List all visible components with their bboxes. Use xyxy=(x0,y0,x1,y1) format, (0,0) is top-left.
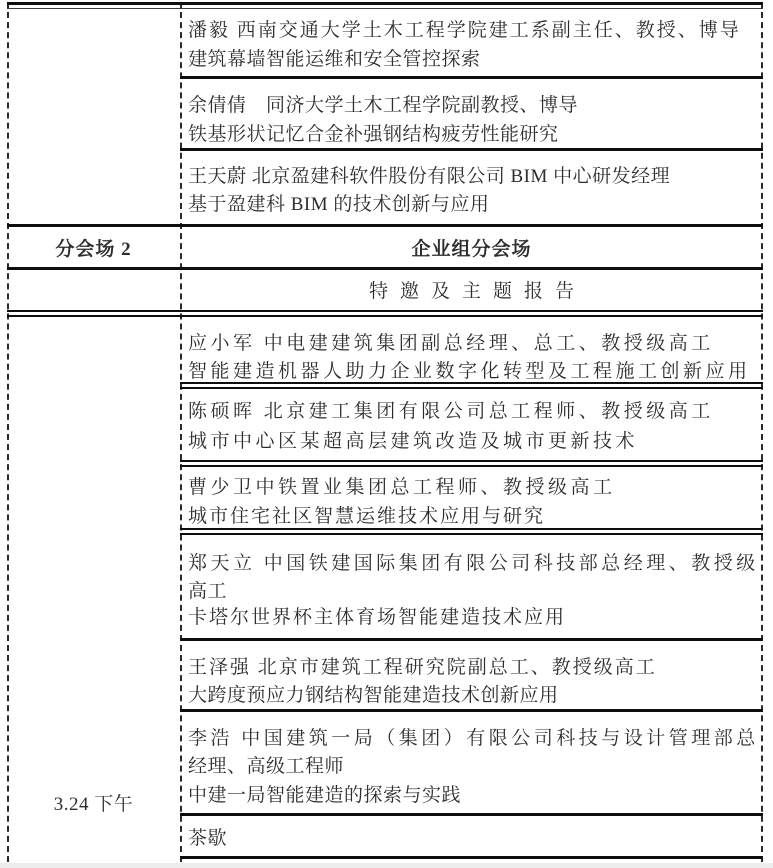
h-divider-double xyxy=(180,382,763,389)
speaker-line-wrap: 经理、高级工程师 xyxy=(188,751,760,778)
topic-line: 基于盈建科 BIM 的技术创新与应用 xyxy=(188,189,760,216)
topic-line: 建筑幕墙智能运维和安全管控探索 xyxy=(188,44,760,71)
topic-line: 大跨度预应力钢结构智能建造技术创新应用 xyxy=(188,680,760,707)
speaker-line: 陈硕晖 北京建工集团有限公司总工程师、教授级高工 xyxy=(188,396,760,423)
topic-line: 智能建造机器人助力企业数字化转型及工程施工创新应用 xyxy=(188,356,760,383)
speaker-line: 郑天立 中国铁建国际集团有限公司科技部总经理、教授级 xyxy=(188,548,760,575)
topic-line: 城市住宅社区智慧运维技术应用与研究 xyxy=(188,501,760,528)
h-divider xyxy=(180,76,763,79)
speaker-line: 王泽强 北京市建筑工程研究院副总工、教授级高工 xyxy=(188,652,760,679)
speaker-line: 王天蔚 北京盈建科软件股份有限公司 BIM 中心研发经理 xyxy=(188,161,760,188)
subvenue-label: 分会场 2 xyxy=(7,227,180,267)
table-top-border xyxy=(7,2,763,5)
date-label: 3.24 下午 xyxy=(7,789,180,816)
speaker-line: 潘毅 西南交通大学土木工程学院建工系副主任、教授、博导 xyxy=(188,15,760,42)
table-column-separator xyxy=(180,2,182,862)
h-divider xyxy=(180,638,763,641)
page-bottom-strip xyxy=(0,863,773,868)
speaker-line: 曹少卫中铁置业集团总工程师、教授级高工 xyxy=(188,472,760,499)
h-divider xyxy=(180,709,763,712)
topic-line: 铁基形状记忆合金补强钢结构疲劳性能研究 xyxy=(188,119,760,146)
h-divider-double xyxy=(180,460,763,467)
conference-schedule-page: 潘毅 西南交通大学土木工程学院建工系副主任、教授、博导 建筑幕墙智能运维和安全管… xyxy=(0,0,773,868)
topic-line: 中建一局智能建造的探索与实践 xyxy=(188,780,760,807)
track-header: 企业组分会场 xyxy=(180,227,763,267)
table-top-border-thin xyxy=(7,8,763,9)
h-divider-double xyxy=(7,310,763,317)
h-divider xyxy=(180,148,763,151)
section-title: 特邀及主题报告 xyxy=(180,269,763,310)
speaker-line: 李浩 中国建筑一局（集团）有限公司科技与设计管理部总 xyxy=(188,723,760,750)
topic-line: 卡塔尔世界杯主体育场智能建造技术应用 xyxy=(188,602,760,629)
speaker-line-wrap: 高工 xyxy=(188,576,760,603)
h-divider-double xyxy=(180,528,763,535)
break-line: 茶歇 xyxy=(188,823,760,850)
speaker-line: 应小军 中电建建筑集团副总经理、总工、教授级高工 xyxy=(188,328,760,355)
table-left-border xyxy=(7,2,9,862)
h-divider xyxy=(180,856,763,859)
topic-line: 城市中心区某超高层建筑改造及城市更新技术 xyxy=(188,426,760,453)
h-divider xyxy=(180,813,763,816)
speaker-line: 余倩倩 同济大学土木工程学院副教授、博导 xyxy=(188,90,760,117)
table-right-border xyxy=(761,2,763,862)
